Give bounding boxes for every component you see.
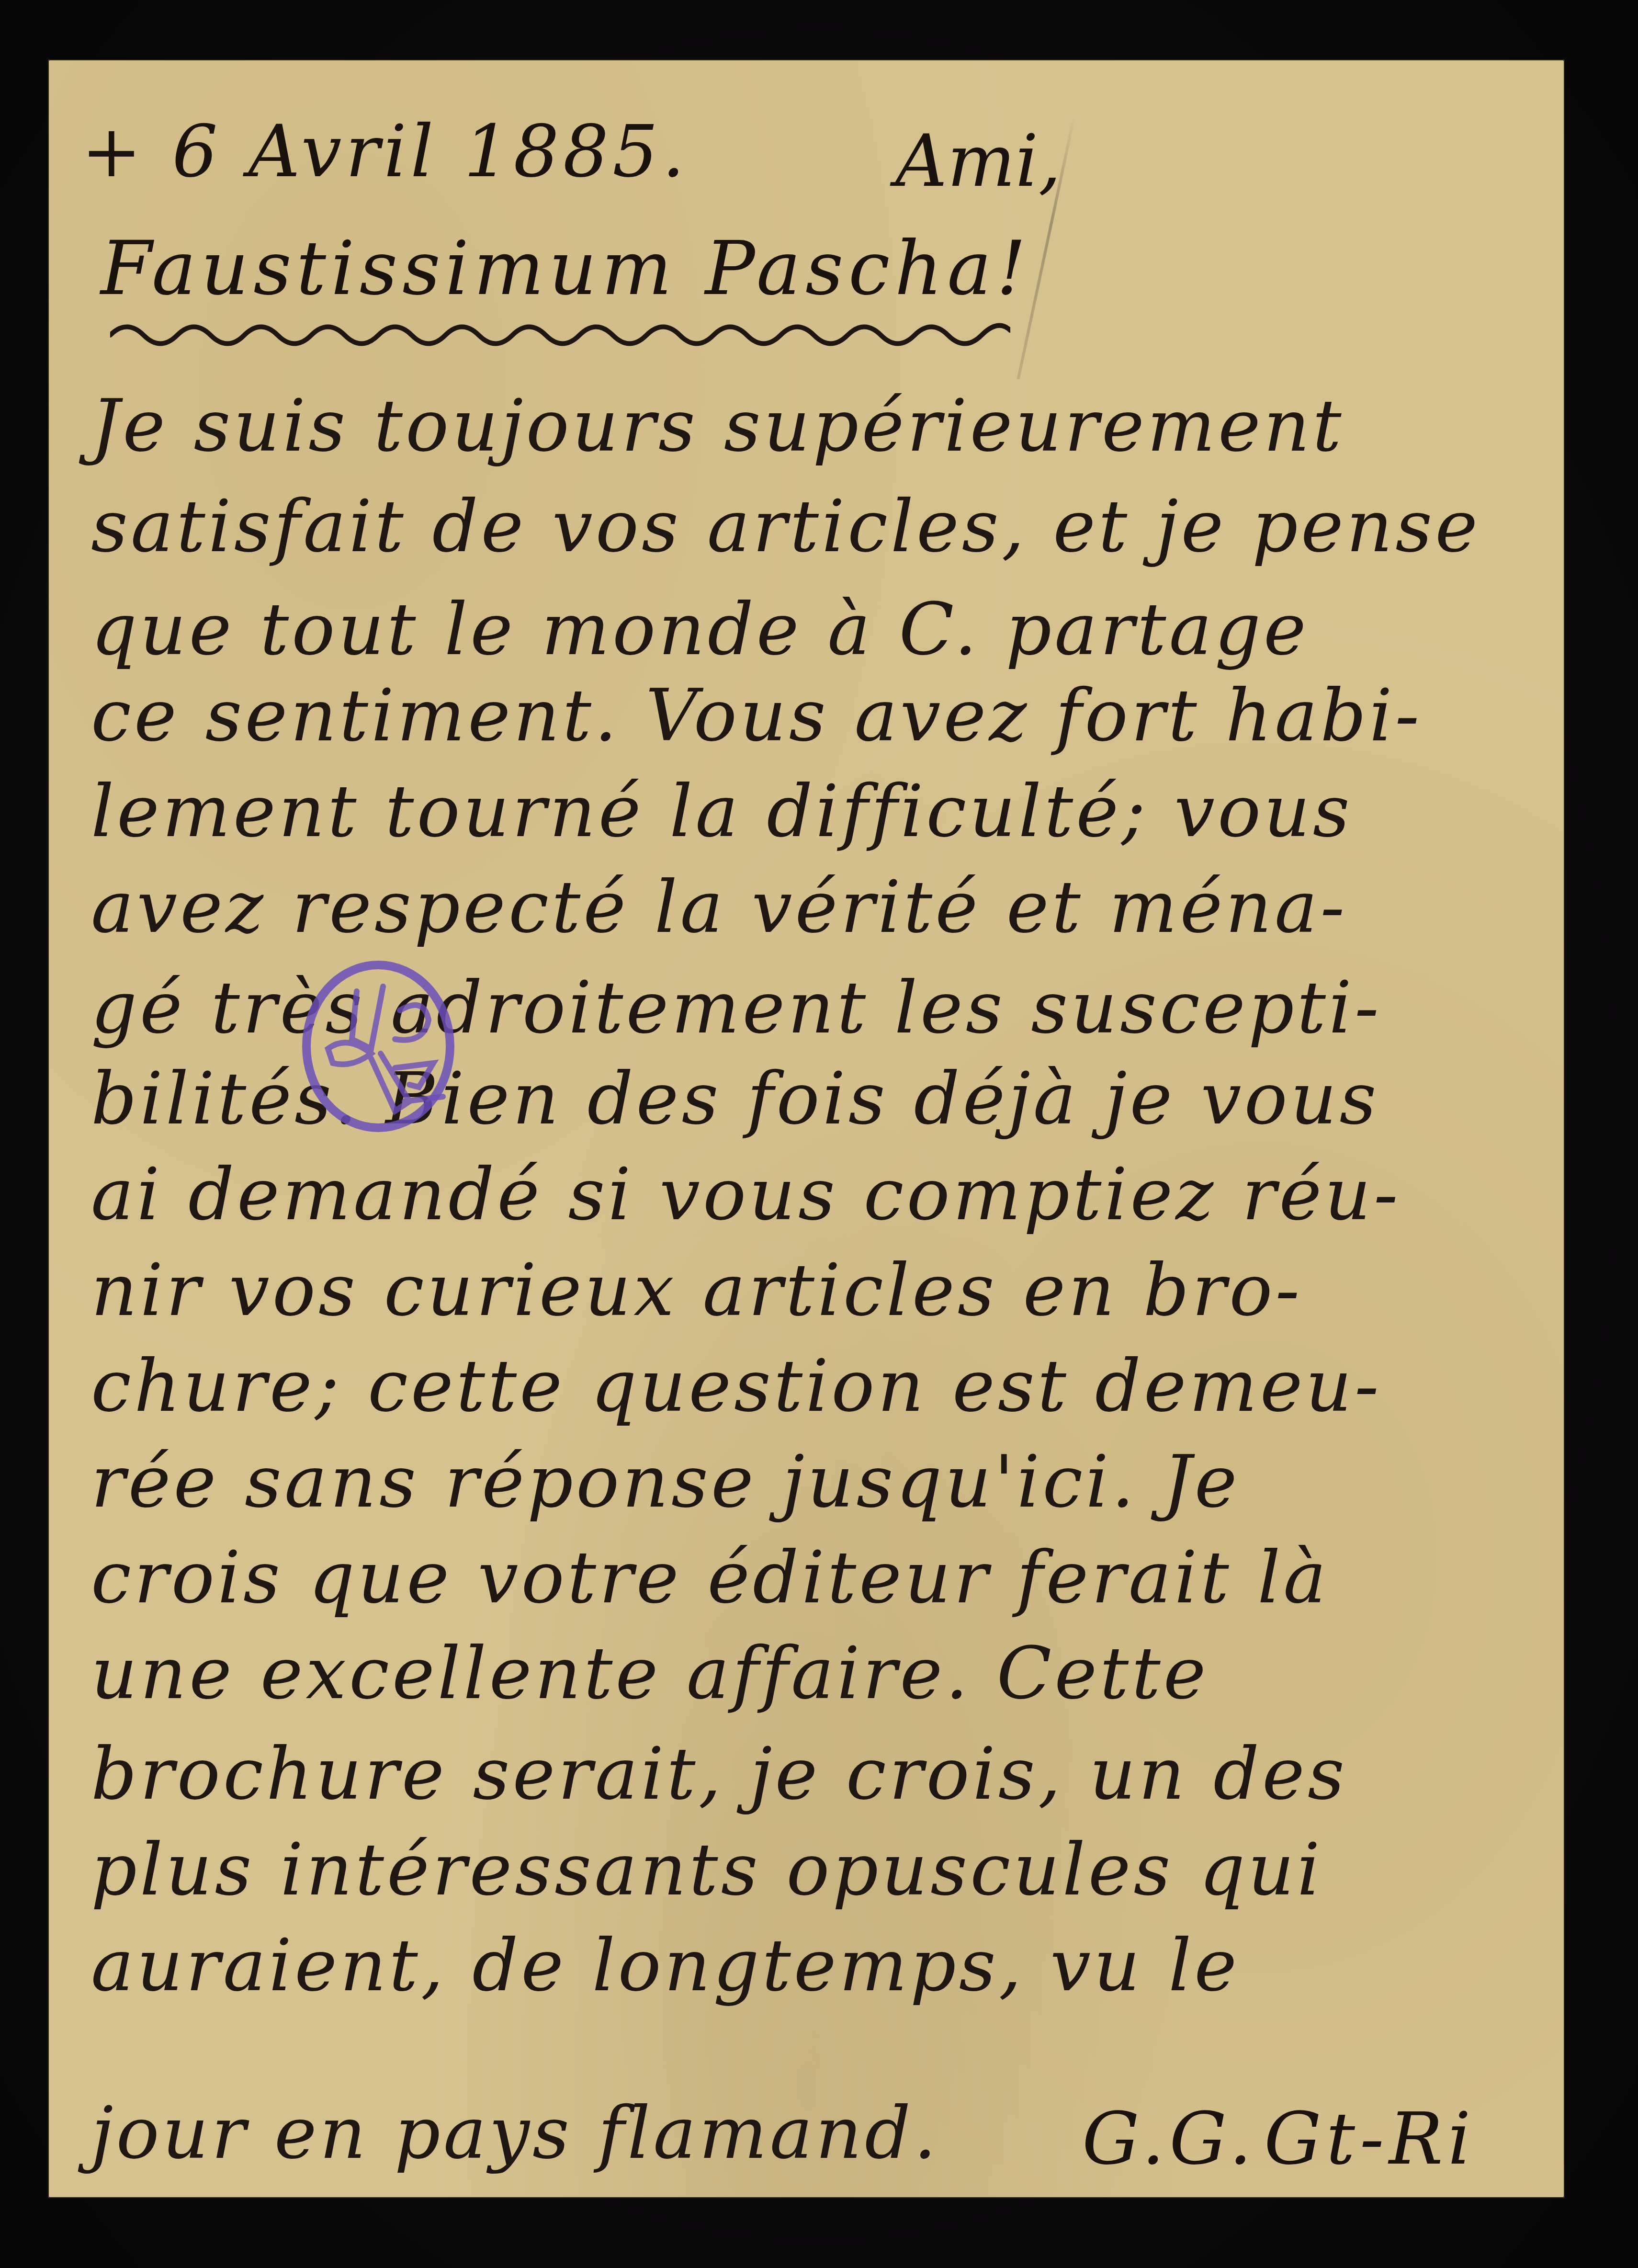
body-line: crois que votre éditeur ferait là: [91, 1542, 1329, 1614]
signature: Gt-Ri: [1264, 2098, 1476, 2181]
purple-stamp-icon: [299, 958, 457, 1135]
body-line: bilités. Bien des fois déjà je vous: [91, 1063, 1379, 1135]
body-line: rée sans réponse jusqu'ici. Je: [91, 1446, 1240, 1518]
body-line: ai demandé si vous comptiez réu-: [91, 1159, 1401, 1231]
body-line: ce sentiment. Vous avez fort habi-: [91, 680, 1422, 752]
body-line: chure; cette question est demeu-: [91, 1350, 1382, 1422]
body-line: satisfait de vos articles, et je pense: [91, 491, 1480, 563]
body-line: plus intéressants opuscules qui: [91, 1834, 1323, 1906]
body-line: que tout le monde à C. partage: [91, 594, 1309, 666]
initials: G.G.: [1082, 2098, 1256, 2181]
salutation: Ami,: [895, 120, 1061, 203]
greeting-heading: Faustissimum Pascha!: [101, 225, 1031, 312]
date-line: + 6 Avril 1885.: [81, 110, 689, 193]
body-line: lement tourné la difficulté; vous: [91, 776, 1353, 848]
body-line: une excellente affaire. Cette: [91, 1638, 1209, 1710]
body-line: jour en pays flamand.: [91, 2098, 939, 2169]
wavy-underline: [110, 316, 1010, 350]
body-line: avez respecté la vérité et ména-: [91, 872, 1347, 943]
body-line: nir vos curieux articles en bro-: [91, 1255, 1302, 1327]
body-line: Je suis toujours supérieurement: [91, 390, 1344, 462]
body-line: brochure serait, je crois, un des: [91, 1738, 1347, 1810]
body-line: gé très adroitement les suscepti-: [91, 972, 1382, 1044]
body-line: auraient, de longtemps, vu le: [91, 1930, 1240, 2002]
